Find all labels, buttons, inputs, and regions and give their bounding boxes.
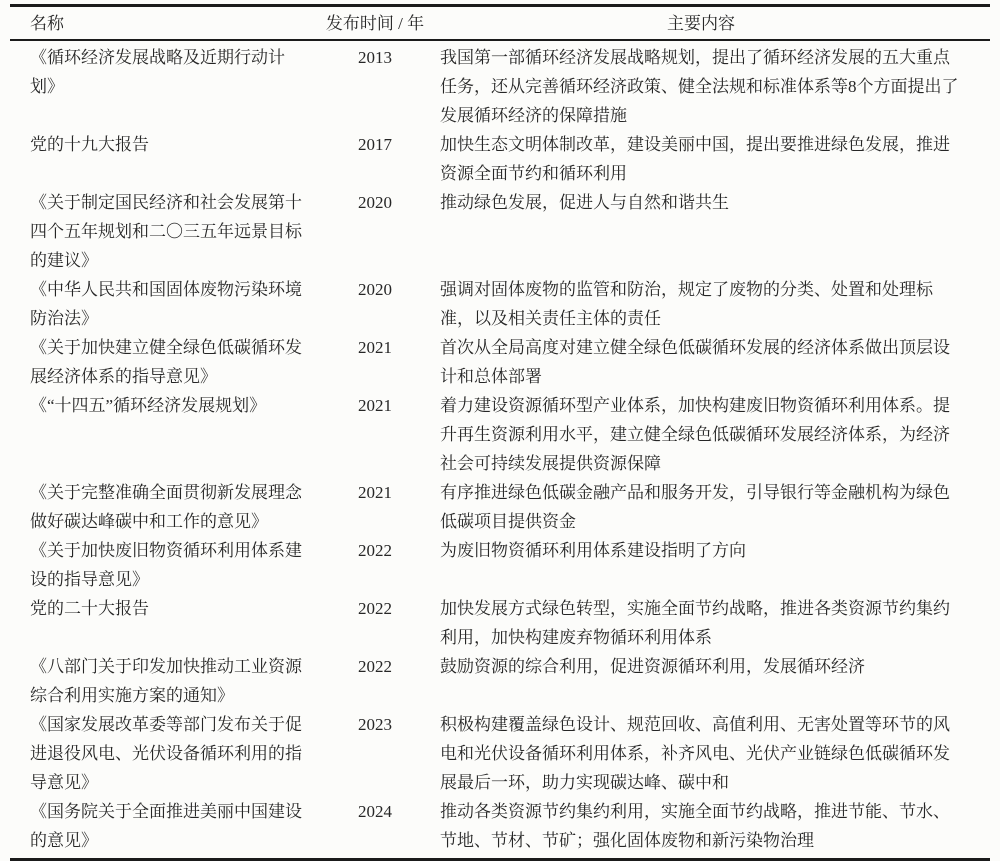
policy-content: 为废旧物资循环利用体系建设指明了方向 [440,536,968,565]
table-row: 《循环经济发展战略及近期行动计划》 2013 我国第一部循环经济发展战略规划，提… [10,43,990,130]
policy-name: 《八部门关于印发加快推动工业资源综合利用实施方案的通知》 [10,652,310,710]
table-row: 《国务院关于全面推进美丽中国建设的意见》 2024 推动各类资源节约集约利用，实… [10,797,990,855]
policy-year: 2024 [310,797,440,826]
policy-content: 推动各类资源节约集约利用，实施全面节约战略，推进节能、节水、节地、节材、节矿；强… [440,797,968,855]
policy-content: 加快生态文明体制改革，建设美丽中国，提出要推进绿色发展，推进资源全面节约和循环利… [440,130,968,188]
table-body: 《循环经济发展战略及近期行动计划》 2013 我国第一部循环经济发展战略规划，提… [10,41,990,857]
policy-year: 2022 [310,652,440,681]
policy-name: 《中华人民共和国固体废物污染环境防治法》 [10,275,310,333]
policy-name: 党的十九大报告 [10,130,310,159]
column-header-year: 发布时间 / 年 [310,9,440,38]
column-header-name: 名称 [10,9,310,38]
policy-name: 《关于加快废旧物资循环利用体系建设的指导意见》 [10,536,310,594]
table-row: 《关于完整准确全面贯彻新发展理念做好碳达峰碳中和工作的意见》 2021 有序推进… [10,478,990,536]
policy-name: 《循环经济发展战略及近期行动计划》 [10,43,310,101]
policy-name: 党的二十大报告 [10,594,310,623]
table-row: 《关于加快废旧物资循环利用体系建设的指导意见》 2022 为废旧物资循环利用体系… [10,536,990,594]
policy-content: 积极构建覆盖绿色设计、规范回收、高值利用、无害处置等环节的风电和光伏设备循环利用… [440,710,968,797]
table-row: 《中华人民共和国固体废物污染环境防治法》 2020 强调对固体废物的监管和防治，… [10,275,990,333]
policy-content: 鼓励资源的综合利用，促进资源循环利用，发展循环经济 [440,652,968,681]
table-row: 《“十四五”循环经济发展规划》 2021 着力建设资源循环型产业体系，加快构建废… [10,391,990,478]
policy-content: 强调对固体废物的监管和防治，规定了废物的分类、处置和处理标准，以及相关责任主体的… [440,275,968,333]
policy-year: 2023 [310,710,440,739]
policy-year: 2020 [310,188,440,217]
policy-name: 《关于加快建立健全绿色低碳循环发展经济体系的指导意见》 [10,333,310,391]
policy-year: 2022 [310,536,440,565]
policy-content: 推动绿色发展，促进人与自然和谐共生 [440,188,968,217]
three-line-table: 名称 发布时间 / 年 主要内容 《循环经济发展战略及近期行动计划》 2013 … [10,4,990,857]
policy-content: 首次从全局高度对建立健全绿色低碳循环发展的经济体系做出顶层设计和总体部署 [440,333,968,391]
column-header-content: 主要内容 [440,9,968,38]
policy-content: 加快发展方式绿色转型，实施全面节约战略，推进各类资源节约集约利用，加快构建废弃物… [440,594,968,652]
policy-name: 《“十四五”循环经济发展规划》 [10,391,310,420]
policy-name: 《国家发展改革委等部门发布关于促进退役风电、光伏设备循环利用的指导意见》 [10,710,310,797]
policy-name: 《国务院关于全面推进美丽中国建设的意见》 [10,797,310,855]
table-row: 《国家发展改革委等部门发布关于促进退役风电、光伏设备循环利用的指导意见》 202… [10,710,990,797]
policy-content: 我国第一部循环经济发展战略规划，提出了循环经济发展的五大重点任务，还从完善循环经… [440,43,968,130]
policy-year: 2022 [310,594,440,623]
table-row: 《八部门关于印发加快推动工业资源综合利用实施方案的通知》 2022 鼓励资源的综… [10,652,990,710]
policy-table: 名称 发布时间 / 年 主要内容 《循环经济发展战略及近期行动计划》 2013 … [10,4,990,857]
policy-year: 2021 [310,478,440,507]
policy-name: 《关于制定国民经济和社会发展第十四个五年规划和二〇三五年远景目标的建议》 [10,188,310,275]
policy-year: 2021 [310,391,440,420]
table-row: 党的二十大报告 2022 加快发展方式绿色转型，实施全面节约战略，推进各类资源节… [10,594,990,652]
policy-year: 2013 [310,43,440,72]
policy-name: 《关于完整准确全面贯彻新发展理念做好碳达峰碳中和工作的意见》 [10,478,310,536]
policy-year: 2017 [310,130,440,159]
policy-year: 2020 [310,275,440,304]
policy-content: 有序推进绿色低碳金融产品和服务开发，引导银行等金融机构为绿色低碳项目提供资金 [440,478,968,536]
table-row: 《关于加快建立健全绿色低碳循环发展经济体系的指导意见》 2021 首次从全局高度… [10,333,990,391]
policy-content: 着力建设资源循环型产业体系，加快构建废旧物资循环利用体系。提升再生资源利用水平，… [440,391,968,478]
table-header-row: 名称 发布时间 / 年 主要内容 [10,7,990,41]
table-row: 《关于制定国民经济和社会发展第十四个五年规划和二〇三五年远景目标的建议》 202… [10,188,990,275]
policy-year: 2021 [310,333,440,362]
table-row: 党的十九大报告 2017 加快生态文明体制改革，建设美丽中国，提出要推进绿色发展… [10,130,990,188]
